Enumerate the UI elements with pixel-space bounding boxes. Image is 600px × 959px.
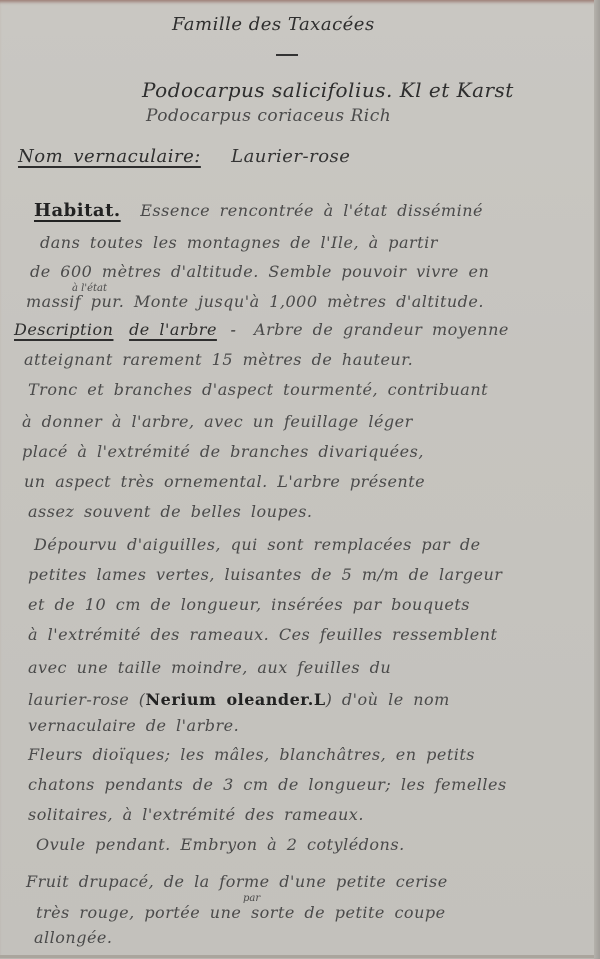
leaves-line-1: Dépourvu d'aiguilles, qui sont remplacée… bbox=[34, 535, 481, 554]
leaves-line-7: vernaculaire de l'arbre. bbox=[28, 716, 239, 735]
species-name-primary: Podocarpus salicifolius. Kl et Karst bbox=[142, 78, 514, 102]
habitat-line-3: de 600 mètres d'altitude. Semble pouvoir… bbox=[30, 262, 489, 281]
description-line-2: atteignant rarement 15 mètres de hauteur… bbox=[24, 350, 413, 369]
fruit-line-3: allongée. bbox=[34, 928, 112, 947]
leaves-line-4: à l'extrémité des rameaux. Ces feuilles … bbox=[28, 625, 497, 644]
habitat-line-4: massif pur. Monte jusqu'à 1,000 mètres d… bbox=[26, 292, 484, 311]
species-name-synonym: Podocarpus coriaceus Rich bbox=[146, 106, 391, 126]
flowers-line-1: Fleurs dioïques; les mâles, blanchâtres,… bbox=[28, 745, 475, 764]
description-line-6: un aspect très ornemental. L'arbre prése… bbox=[24, 472, 425, 491]
fruit-line-2: très rouge, portée une sorte de petite c… bbox=[36, 903, 446, 922]
description-label-a: Description bbox=[14, 320, 113, 339]
botanical-name-nerium: Nerium oleander.L bbox=[146, 690, 326, 709]
description-label-b: de l'arbre bbox=[129, 320, 217, 339]
description-line-4: à donner à l'arbre, avec un feuillage lé… bbox=[22, 412, 413, 431]
vernacular-row: Nom vernaculaire: Laurier-rose bbox=[18, 146, 350, 167]
description-line-7: assez souvent de belles loupes. bbox=[28, 502, 313, 521]
page-edge bbox=[594, 0, 600, 959]
leaves-line-3: et de 10 cm de longueur, insérées par bo… bbox=[28, 595, 470, 614]
description-line-5: placé à l'extrémité de branches divariqu… bbox=[22, 442, 424, 461]
title-divider bbox=[276, 54, 298, 56]
habitat-line-2: dans toutes les montagnes de l'Ile, à pa… bbox=[40, 233, 438, 252]
description-line-3: Tronc et branches d'aspect tourmenté, co… bbox=[28, 380, 488, 399]
leaves-line-5: avec une taille moindre, aux feuilles du bbox=[28, 658, 391, 677]
flowers-line-4: Ovule pendant. Embryon à 2 cotylédons. bbox=[36, 835, 405, 854]
leaves-line-6: laurier-rose (Nerium oleander.L) d'où le… bbox=[28, 690, 450, 709]
fruit-line-1: Fruit drupacé, de la forme d'une petite … bbox=[26, 872, 448, 891]
habitat-label: Habitat. bbox=[34, 200, 121, 221]
description-line-1: Description de l'arbre - Arbre de grande… bbox=[14, 320, 509, 339]
vernacular-label: Nom vernaculaire: bbox=[18, 146, 201, 167]
flowers-line-2: chatons pendants de 3 cm de longueur; le… bbox=[28, 775, 507, 794]
flowers-line-3: solitaires, à l'extrémité des rameaux. bbox=[28, 805, 364, 824]
family-title: Famille des Taxacées bbox=[172, 14, 375, 35]
manuscript-page: Famille des Taxacées Podocarpus salicifo… bbox=[0, 0, 599, 958]
vernacular-value: Laurier-rose bbox=[231, 146, 350, 167]
habitat-line-1: Habitat. Essence rencontrée à l'état dis… bbox=[34, 200, 483, 221]
leaves-line-2: petites lames vertes, luisantes de 5 m/m… bbox=[28, 565, 502, 584]
